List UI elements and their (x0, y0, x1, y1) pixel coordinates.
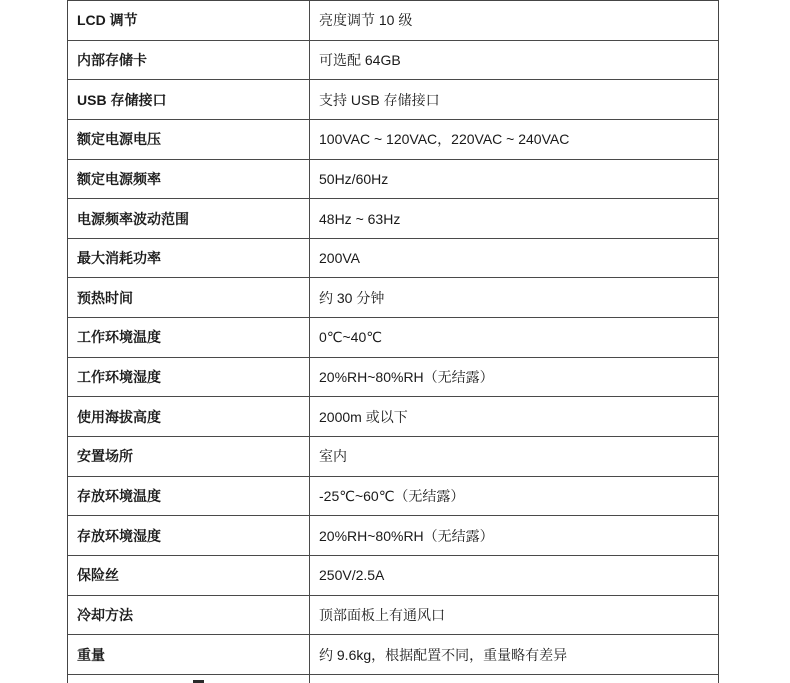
table-row: 最大消耗功率 200VA (68, 239, 718, 279)
spec-label: USB 存储接口 (68, 80, 310, 119)
spec-label: 最大消耗功率 (68, 239, 310, 278)
table-row: 使用海拔高度 2000m 或以下 (68, 397, 718, 437)
spec-label: 工作环境温度 (68, 318, 310, 357)
page-canvas: LCD 调节 亮度调节 10 级 内部存储卡 可选配 64GB USB 存储接口… (0, 0, 790, 683)
spec-value-clipped (310, 675, 718, 683)
spec-value: 亮度调节 10 级 (310, 1, 718, 40)
spec-value: 20%RH~80%RH（无结露） (310, 358, 718, 397)
spec-value: 支持 USB 存储接口 (310, 80, 718, 119)
table-row: 冷却方法 顶部面板上有通风口 (68, 596, 718, 636)
spec-label: 使用海拔高度 (68, 397, 310, 436)
table-row: 工作环境温度 0℃~40℃ (68, 318, 718, 358)
spec-value: 室内 (310, 437, 718, 476)
spec-value: 48Hz ~ 63Hz (310, 199, 718, 238)
table-row: 内部存储卡 可选配 64GB (68, 41, 718, 81)
spec-value: 250V/2.5A (310, 556, 718, 595)
spec-value: 50Hz/60Hz (310, 160, 718, 199)
spec-label: 安置场所 (68, 437, 310, 476)
spec-value: 0℃~40℃ (310, 318, 718, 357)
spec-value: -25℃~60℃（无结露） (310, 477, 718, 516)
table-row-clipped (68, 675, 718, 683)
table-row: 保险丝 250V/2.5A (68, 556, 718, 596)
table-row: 预热时间 约 30 分钟 (68, 278, 718, 318)
spec-value: 约 30 分钟 (310, 278, 718, 317)
spec-label: LCD 调节 (68, 1, 310, 40)
spec-label: 存放环境温度 (68, 477, 310, 516)
spec-label: 存放环境湿度 (68, 516, 310, 555)
spec-value: 100VAC ~ 120VAC，220VAC ~ 240VAC (310, 120, 718, 159)
spec-label: 冷却方法 (68, 596, 310, 635)
table-row: 安置场所 室内 (68, 437, 718, 477)
table-row: 存放环境温度 -25℃~60℃（无结露） (68, 477, 718, 517)
spec-label: 电源频率波动范围 (68, 199, 310, 238)
spec-label: 内部存储卡 (68, 41, 310, 80)
table-row: USB 存储接口 支持 USB 存储接口 (68, 80, 718, 120)
table-row: 额定电源电压 100VAC ~ 120VAC，220VAC ~ 240VAC (68, 120, 718, 160)
spec-value: 可选配 64GB (310, 41, 718, 80)
spec-label-clipped (68, 675, 310, 683)
table-row: 存放环境湿度 20%RH~80%RH（无结露） (68, 516, 718, 556)
spec-label: 重量 (68, 635, 310, 674)
spec-label: 预热时间 (68, 278, 310, 317)
table-row: 额定电源频率 50Hz/60Hz (68, 160, 718, 200)
spec-value: 顶部面板上有通风口 (310, 596, 718, 635)
spec-value: 20%RH~80%RH（无结露） (310, 516, 718, 555)
spec-label: 工作环境湿度 (68, 358, 310, 397)
spec-label: 保险丝 (68, 556, 310, 595)
specification-table: LCD 调节 亮度调节 10 级 内部存储卡 可选配 64GB USB 存储接口… (67, 0, 719, 683)
table-row: 电源频率波动范围 48Hz ~ 63Hz (68, 199, 718, 239)
table-row: LCD 调节 亮度调节 10 级 (68, 1, 718, 41)
table-row: 重量 约 9.6kg，根据配置不同，重量略有差异 (68, 635, 718, 675)
spec-value: 200VA (310, 239, 718, 278)
clipped-text-fragment (193, 680, 204, 683)
table-row: 工作环境湿度 20%RH~80%RH（无结露） (68, 358, 718, 398)
spec-value: 2000m 或以下 (310, 397, 718, 436)
spec-value: 约 9.6kg，根据配置不同，重量略有差异 (310, 635, 718, 674)
spec-label: 额定电源频率 (68, 160, 310, 199)
spec-label: 额定电源电压 (68, 120, 310, 159)
